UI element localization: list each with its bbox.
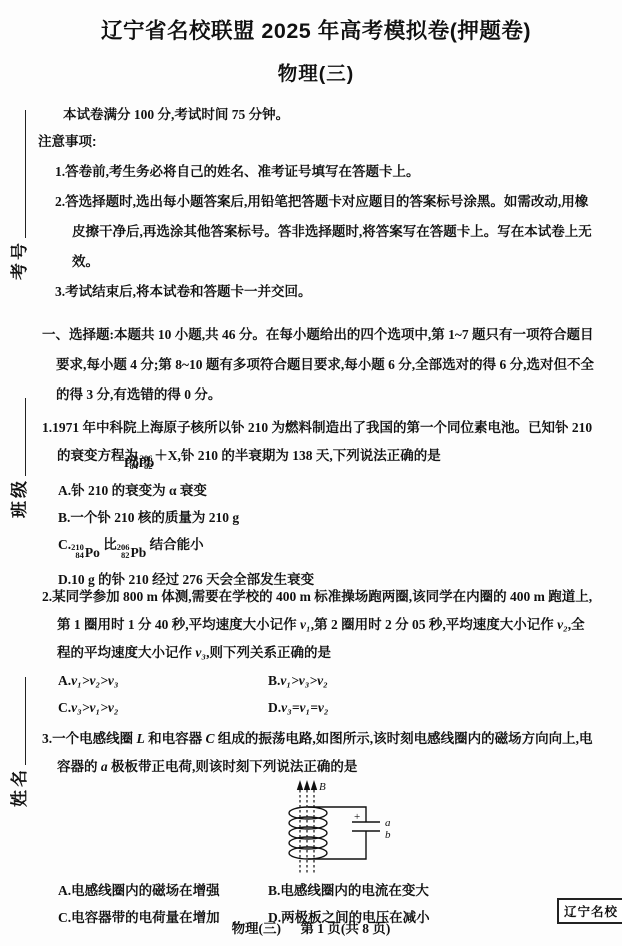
seal-label-exam-number: 考号 — [9, 240, 31, 280]
footer-page-number: 第 1 页(共 8 页) — [300, 921, 390, 936]
seal-underline — [9, 110, 26, 238]
paper-content: 辽宁省名校联盟 2025 年高考模拟卷(押题卷) 物理(三) 本试卷满分 100… — [38, 0, 594, 931]
question-2-options: A.v₁>v₂>v₃ B.v₁>v₃>v₂ C.v₃>v₁>v₂ D.v₃=v₁… — [58, 667, 594, 721]
page-footer: 物理(三) 第 1 页(共 8 页) — [0, 917, 622, 937]
question-1-option-a: A.钋 210 的衰变为 α 衰变 — [58, 477, 594, 504]
question-3-stem: 3.一个电感线圈 L 和电容器 C 组成的振荡电路,如图所示,该时刻电感线圈内的… — [38, 725, 594, 781]
question-2-option-d: D.v₃=v₁=v₂ — [268, 694, 594, 721]
question-1-options: A.钋 210 的衰变为 α 衰变 B.一个钋 210 核的质量为 210 g … — [58, 477, 594, 593]
seal-label-name: 姓名 — [9, 767, 31, 807]
question-2-option-b: B.v₁>v₃>v₂ — [268, 667, 594, 694]
question-1: 1.1971 年中科院上海原子核所以钋 210 为燃料制造出了我国的第一个同位素… — [38, 414, 594, 593]
question-2-stem: 2.某同学参加 800 m 体测,需要在学校的 400 m 标准操场跑两圈,该同… — [38, 583, 594, 667]
plate-a-plus-sign: + — [354, 811, 360, 823]
question-3-option-a: A.电感线圈内的磁场在增强 — [58, 877, 268, 904]
lc-circuit-diagram: B + — [278, 777, 418, 877]
magnetic-field-lines — [300, 790, 314, 873]
footer-course-label: 物理(三) — [232, 921, 282, 936]
question-3: 3.一个电感线圈 L 和电容器 C 组成的振荡电路,如图所示,该时刻电感线圈内的… — [38, 725, 594, 931]
question-2-option-c: C.v₃>v₁>v₂ — [58, 694, 268, 721]
paper-title: 辽宁省名校联盟 2025 年高考模拟卷(押题卷) — [38, 15, 594, 47]
field-label-B: B — [319, 781, 326, 793]
isotope-notation: 20682Pb — [117, 539, 147, 566]
question-3-option-b: B.电感线圈内的电流在变大 — [268, 877, 594, 904]
question-2-option-a: A.v₁>v₂>v₃ — [58, 667, 268, 694]
lc-circuit-figure: B + — [278, 777, 594, 877]
question-1-option-c: C.21084Po 比20682Pb 结合能小 — [58, 531, 594, 566]
seal-underline — [9, 398, 26, 476]
notice-item-1: 1.答卷前,考生务必将自己的姓名、准考证号填写在答题卡上。 — [38, 157, 594, 187]
section-1-header: 一、选择题:本题共 10 小题,共 46 分。在每小题给出的四个选项中,第 1~… — [38, 320, 594, 410]
isotope-notation: 21084Po — [71, 539, 100, 566]
capacitor-plates — [352, 822, 380, 831]
question-1-option-b: B.一个钋 210 核的质量为 210 g — [58, 504, 594, 531]
notice-item-3: 3.考试结束后,将本试卷和答题卡一并交回。 — [38, 277, 594, 307]
question-2: 2.某同学参加 800 m 体测,需要在学校的 400 m 标准操场跑两圈,该同… — [38, 583, 594, 721]
exam-paper-page: 考号 班级 姓名 辽宁省名校联盟 2025 年高考模拟卷(押题卷) 物理(三) … — [0, 0, 622, 946]
paper-subtitle: 物理(三) — [38, 60, 594, 88]
exam-info-line: 本试卷满分 100 分,考试时间 75 分钟。 — [63, 105, 594, 125]
seal-underline — [9, 677, 26, 765]
field-arrowheads-icon — [297, 780, 317, 790]
seal-label-class: 班级 — [9, 478, 31, 518]
seal-field-exam-number: 考号 — [9, 258, 31, 280]
notice-item-2: 2.答选择题时,选出每小题答案后,用铅笔把答题卡对应题目的答案标号涂黑。如需改动… — [38, 187, 594, 277]
seal-field-name: 姓名 — [9, 785, 31, 807]
seal-field-class: 班级 — [9, 496, 31, 518]
inductor-coil — [289, 807, 327, 859]
plate-b-label: b — [385, 829, 391, 841]
plate-a-label: a — [385, 817, 391, 829]
corner-stamp-box: 辽宁名校 — [557, 898, 622, 924]
question-1-stem: 1.1971 年中科院上海原子核所以钋 210 为燃料制造出了我国的第一个同位素… — [38, 414, 594, 477]
notice-list: 1.答卷前,考生务必将自己的姓名、准考证号填写在答题卡上。 2.答选择题时,选出… — [38, 157, 594, 307]
notice-title: 注意事项: — [38, 132, 594, 152]
